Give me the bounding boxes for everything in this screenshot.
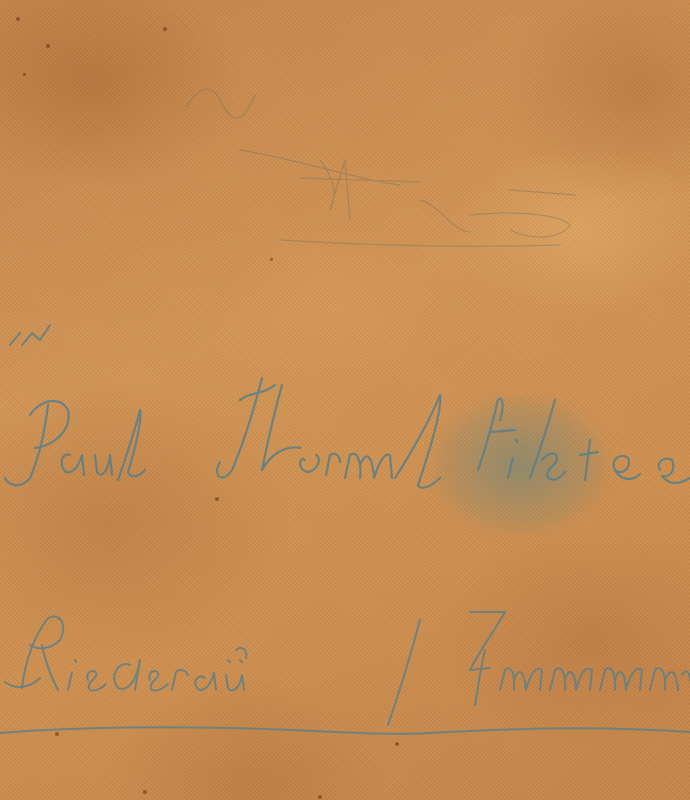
faint-top-scribbles (185, 89, 575, 246)
handwriting (0, 0, 690, 800)
hardboard-panel: …n Paul Hermlitke Riederau / Ammer… (0, 0, 690, 800)
prefix-fragment (10, 325, 50, 345)
line2-riederau-ammer (5, 612, 690, 725)
underline-stroke (0, 727, 690, 734)
line1-paul-hermlitke (5, 378, 690, 488)
